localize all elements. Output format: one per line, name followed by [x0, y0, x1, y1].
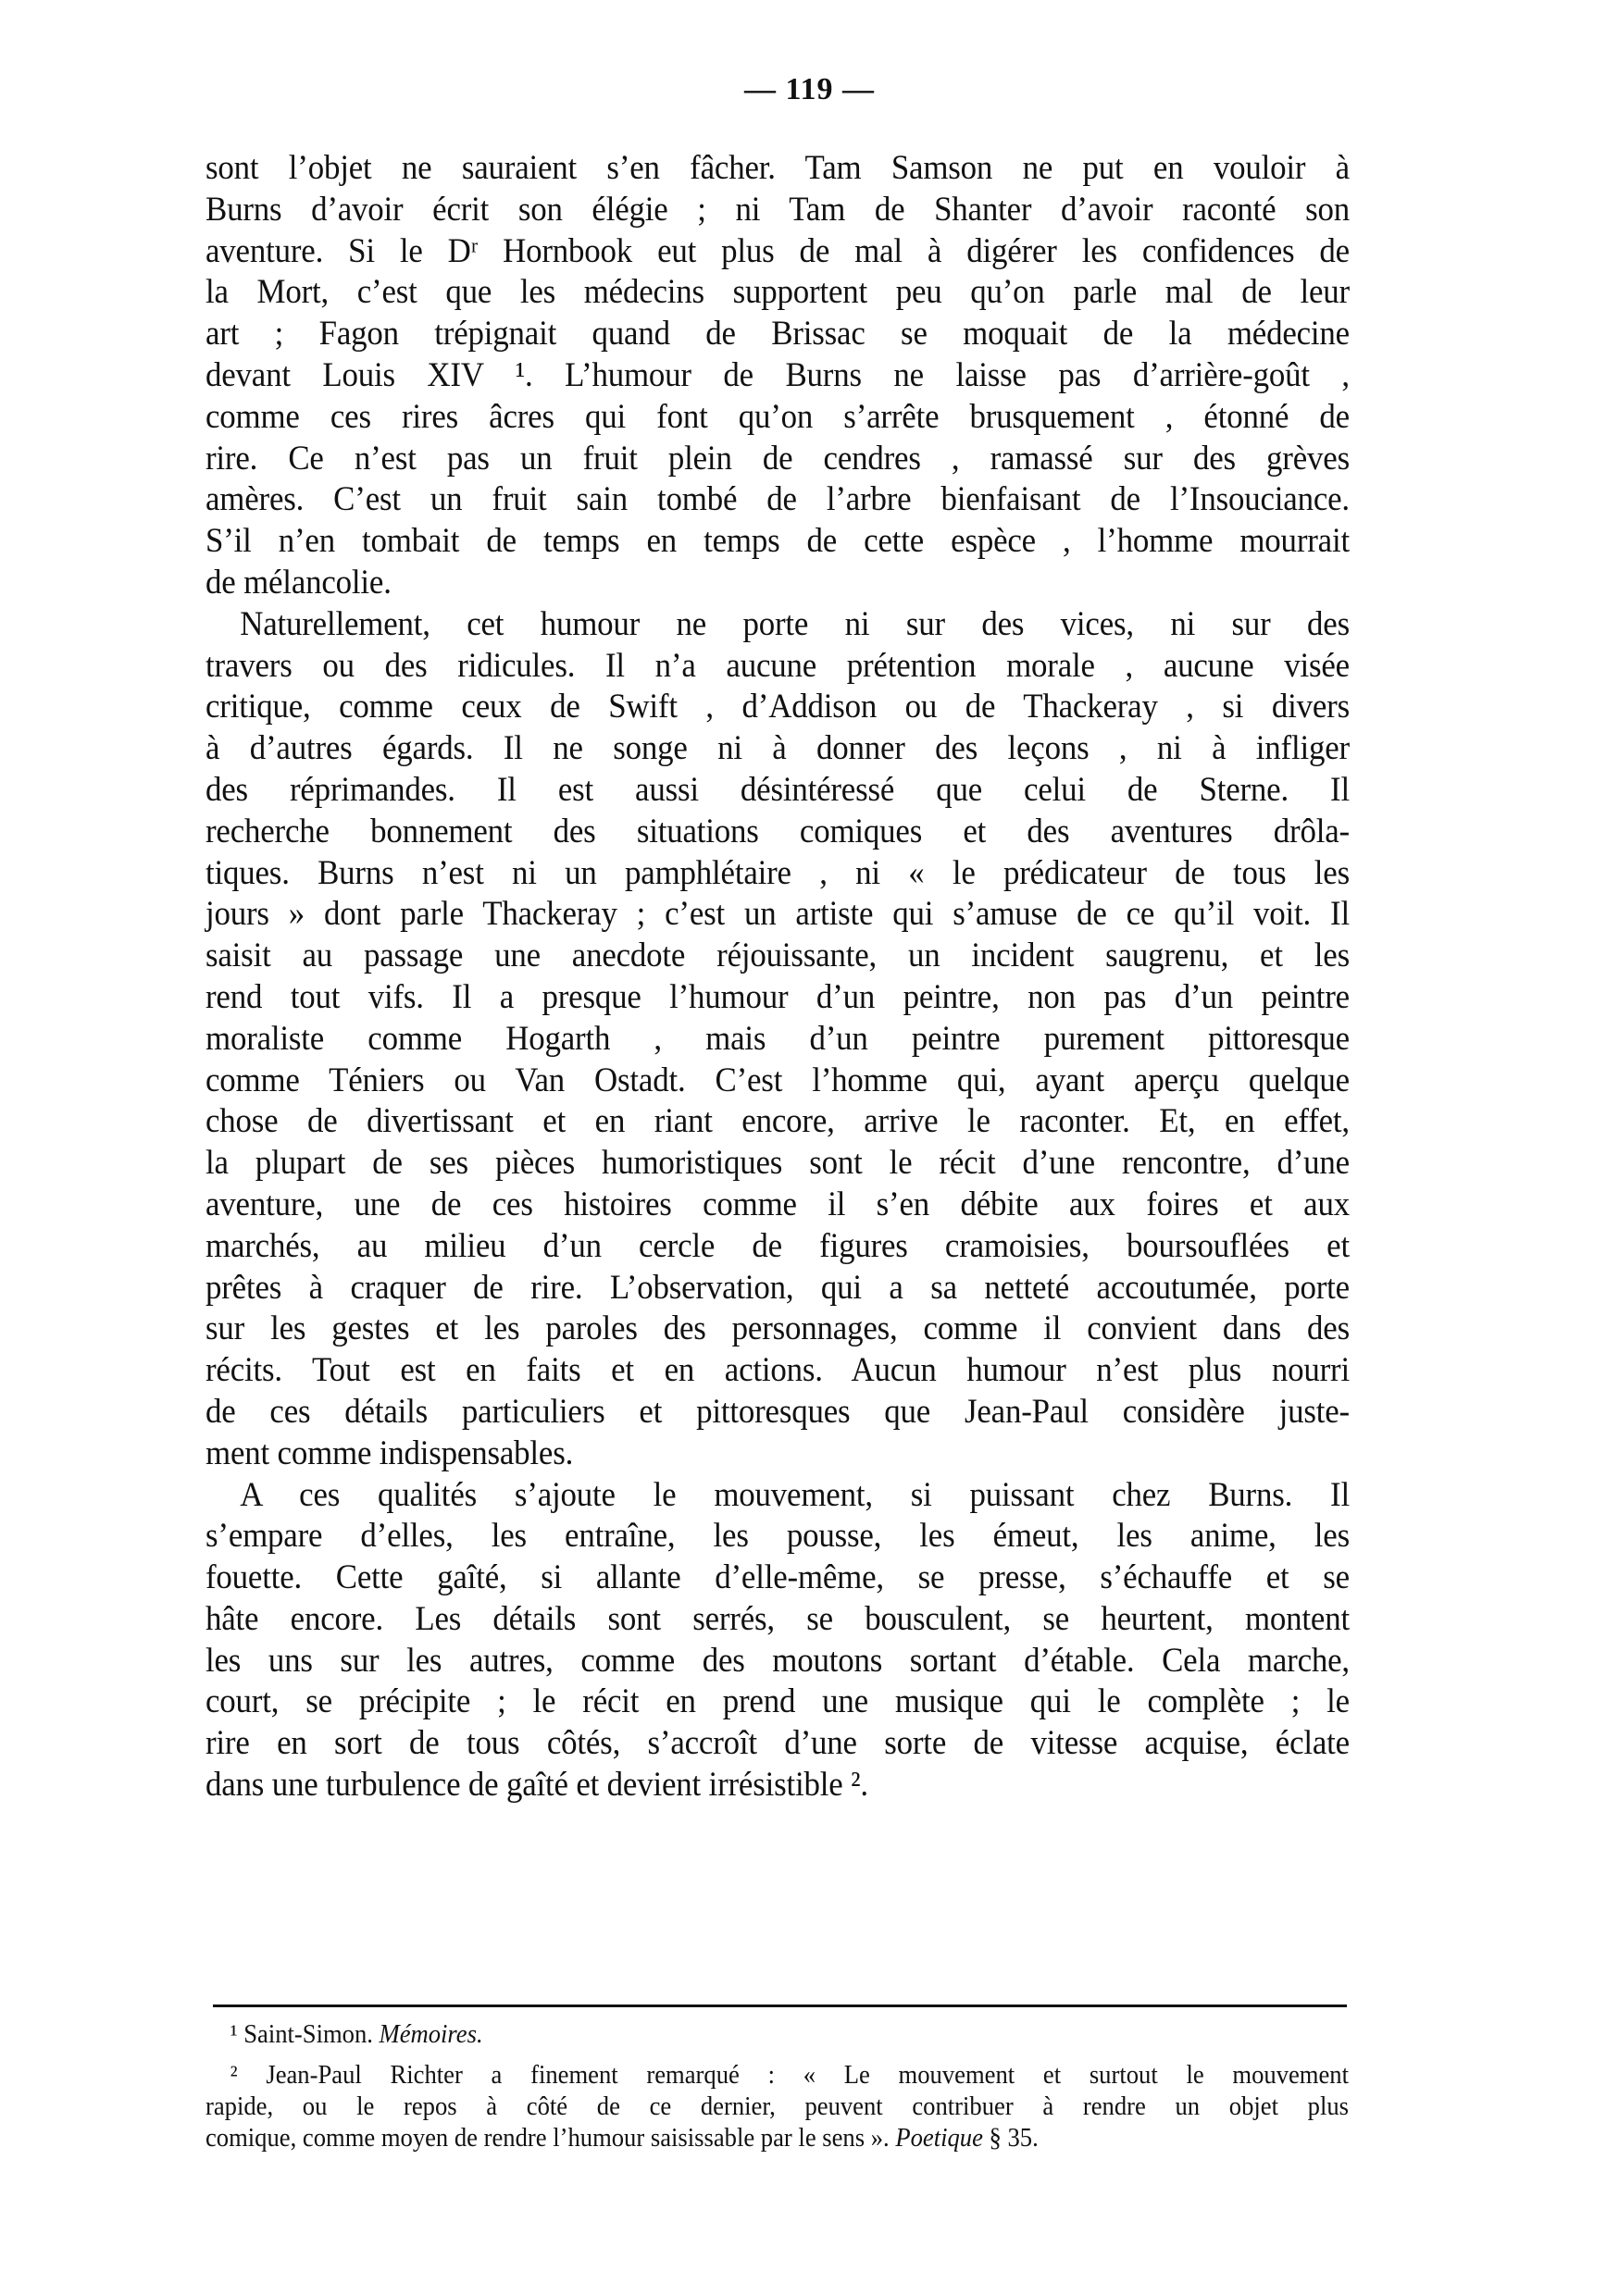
text-line: critique, comme ceux de Swift , d’Addiso…	[205, 687, 1350, 728]
text-line: aventure. Si le Dʳ Hornbook eut plus de …	[205, 231, 1350, 273]
text-line: sur les gestes et les paroles des person…	[205, 1309, 1350, 1350]
text-line: la plupart de ses pièces humoristiques s…	[205, 1143, 1350, 1185]
footnote-title: Poetique	[895, 2124, 983, 2153]
text-line: recherche bonnement des situations comiq…	[205, 812, 1350, 853]
text-line: A ces qualités s’ajoute le mouvement, si…	[205, 1475, 1350, 1517]
text-line: tiques. Burns n’est ni un pamphlétaire ,…	[205, 853, 1350, 895]
text-line: sont l’objet ne sauraient s’en fâcher. T…	[205, 148, 1350, 190]
footnote-title: Mémoires.	[380, 2020, 483, 2049]
footnote-line: rapide, ou le repos à côté de ce dernier…	[205, 2091, 1349, 2123]
body-text: sont l’objet ne sauraient s’en fâcher. T…	[205, 148, 1269, 1806]
paragraph: sont l’objet ne sauraient s’en fâcher. T…	[205, 148, 1269, 604]
footnote-text: Saint-Simon.	[243, 2020, 373, 2049]
text-line: les uns sur les autres, comme des mouton…	[205, 1641, 1350, 1682]
footnote-marker: ¹	[230, 2020, 238, 2049]
text-line: rire. Ce n’est pas un fruit plein de cen…	[205, 439, 1350, 480]
page-number: — 119 —	[0, 72, 1619, 107]
text-line: marchés, au milieu d’un cercle de figure…	[205, 1226, 1350, 1268]
text-line: chose de divertissant et en riant encore…	[205, 1101, 1350, 1143]
text-line: comme ces rires âcres qui font qu’on s’a…	[205, 397, 1350, 439]
text-line: comme Téniers ou Van Ostadt. C’est l’hom…	[205, 1061, 1350, 1102]
text-line: la Mort, c’est que les médecins supporte…	[205, 272, 1350, 314]
text-line: Burns d’avoir écrit son élégie ; ni Tam …	[205, 190, 1350, 231]
footnote-marker: ²	[230, 2061, 238, 2090]
text-line: devant Louis XIV ¹. L’humour de Burns ne…	[205, 355, 1350, 397]
text-line: rend tout vifs. Il a presque l’humour d’…	[205, 977, 1350, 1019]
text-line: saisit au passage une anecdote réjouissa…	[205, 936, 1350, 977]
text-line: art ; Fagon trépignait quand de Brissac …	[205, 314, 1350, 355]
text-line: de mélancolie.	[205, 563, 1350, 604]
text-line: à d’autres égards. Il ne songe ni à donn…	[205, 728, 1350, 770]
footnote-divider	[213, 2004, 1347, 2007]
paragraph: Naturellement, cet humour ne porte ni su…	[205, 604, 1269, 1475]
text-line: amères. C’est un fruit sain tombé de l’a…	[205, 479, 1350, 521]
text-line: ment comme indispensables.	[205, 1433, 1350, 1475]
text-line: S’il n’en tombait de temps en temps de c…	[205, 521, 1350, 563]
text-line: rire en sort de tous côtés, s’accroît d’…	[205, 1723, 1350, 1765]
text-line: aventure, une de ces histoires comme il …	[205, 1185, 1350, 1226]
text-line: Naturellement, cet humour ne porte ni su…	[205, 604, 1350, 646]
text-line: récits. Tout est en faits et en actions.…	[205, 1350, 1350, 1392]
text-line: s’empare d’elles, les entraîne, les pous…	[205, 1516, 1350, 1558]
book-page: — 119 — sont l’objet ne sauraient s’en f…	[0, 0, 1619, 2296]
text-line: court, se précipite ; le récit en prend …	[205, 1682, 1350, 1723]
text-line: de ces détails particuliers et pittoresq…	[205, 1392, 1350, 1433]
text-line: travers ou des ridicules. Il n’a aucune …	[205, 646, 1350, 688]
footnote-text: comique, comme moyen de rendre l’humour …	[205, 2124, 890, 2153]
text-line: fouette. Cette gaîté, si allante d’elle-…	[205, 1558, 1350, 1599]
text-line: jours » dont parle Thackeray ; c’est un …	[205, 894, 1350, 936]
footnote-1: ¹ Saint-Simon. Mémoires.	[205, 2019, 1349, 2051]
text-line: dans une turbulence de gaîté et devient …	[205, 1765, 1350, 1806]
text-line: des réprimandes. Il est aussi désintéres…	[205, 770, 1350, 812]
footnote-line: comique, comme moyen de rendre l’humour …	[205, 2123, 1349, 2154]
paragraph: A ces qualités s’ajoute le mouvement, si…	[205, 1475, 1269, 1806]
text-line: hâte encore. Les détails sont serrés, se…	[205, 1599, 1350, 1641]
footnote-text: Jean-Paul Richter a finement remarqué : …	[266, 2061, 1349, 2090]
footnote-section: § 35.	[990, 2124, 1039, 2153]
footnotes: ¹ Saint-Simon. Mémoires. ² Jean-Paul Ric…	[205, 2019, 1292, 2154]
text-line: prêtes à craquer de rire. L’observation,…	[205, 1268, 1350, 1309]
text-line: moraliste comme Hogarth , mais d’un pein…	[205, 1019, 1350, 1061]
footnote-2: ² Jean-Paul Richter a finement remarqué …	[205, 2060, 1349, 2091]
